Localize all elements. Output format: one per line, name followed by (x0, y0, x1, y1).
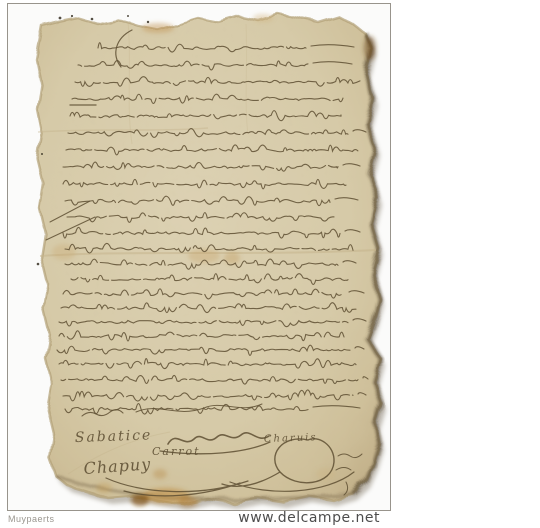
manuscript-image: Sabatice Carrot Chapuy Charuis (8, 4, 390, 510)
seller-name: Muypaerts (8, 514, 55, 524)
signature-sabatice: Sabatice (75, 427, 153, 446)
signature-carrot: Carrot (152, 445, 201, 458)
manuscript-photo-frame: Sabatice Carrot Chapuy Charuis (7, 3, 391, 511)
signature-charuis: Charuis (264, 432, 318, 445)
delcampe-watermark: www.delcampe.net (160, 510, 380, 526)
page: Sabatice Carrot Chapuy Charuis Muypaerts… (0, 0, 540, 528)
